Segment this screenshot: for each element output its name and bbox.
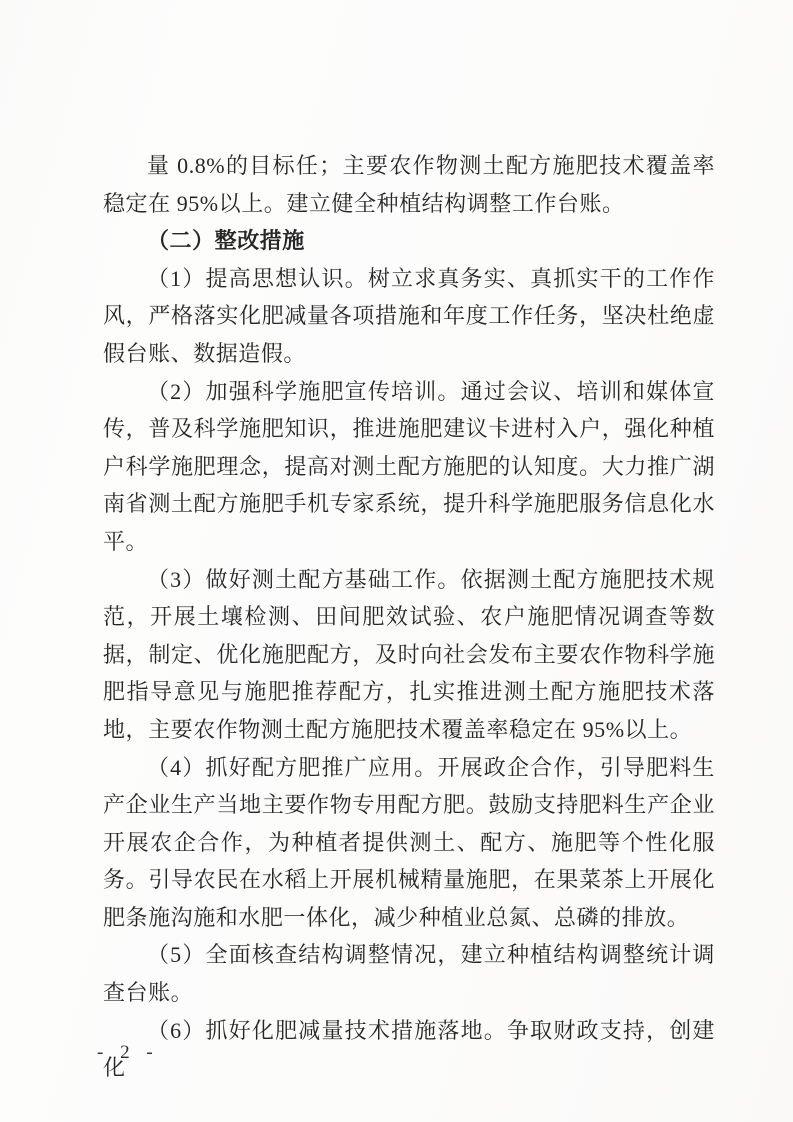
document-body: 量 0.8%的目标任；主要农作物测土配方施肥技术覆盖率稳定在 95%以上。建立健… [103, 147, 715, 1087]
paragraph-measure-2: （2）加强科学施肥宣传培训。通过会议、培训和媒体宣传，普及科学施肥知识，推进施肥… [103, 373, 715, 561]
paragraph-measure-6: （6）抓好化肥减量技术措施落地。争取财政支持，创建化 [103, 1012, 715, 1087]
document-page: 量 0.8%的目标任；主要农作物测土配方施肥技术覆盖率稳定在 95%以上。建立健… [0, 0, 793, 1122]
paragraph-measure-3: （3）做好测土配方基础工作。依据测土配方施肥技术规范，开展土壤检测、田间肥效试验… [103, 561, 715, 749]
page-number: - 2 - [97, 1042, 159, 1064]
paragraph-measure-1: （1）提高思想认识。树立求真务实、真抓实干的工作作风，严格落实化肥减量各项措施和… [103, 260, 715, 373]
paragraph-measure-5: （5）全面核查结构调整情况，建立种植结构调整统计调查台账。 [103, 936, 715, 1011]
section-heading: （二）整改措施 [103, 222, 715, 260]
paragraph-measure-4: （4）抓好配方肥推广应用。开展政企合作，引导肥料生产企业生产当地主要作物专用配方… [103, 749, 715, 937]
paragraph-continued-from-previous-page: 量 0.8%的目标任；主要农作物测土配方施肥技术覆盖率稳定在 95%以上。建立健… [103, 147, 715, 222]
